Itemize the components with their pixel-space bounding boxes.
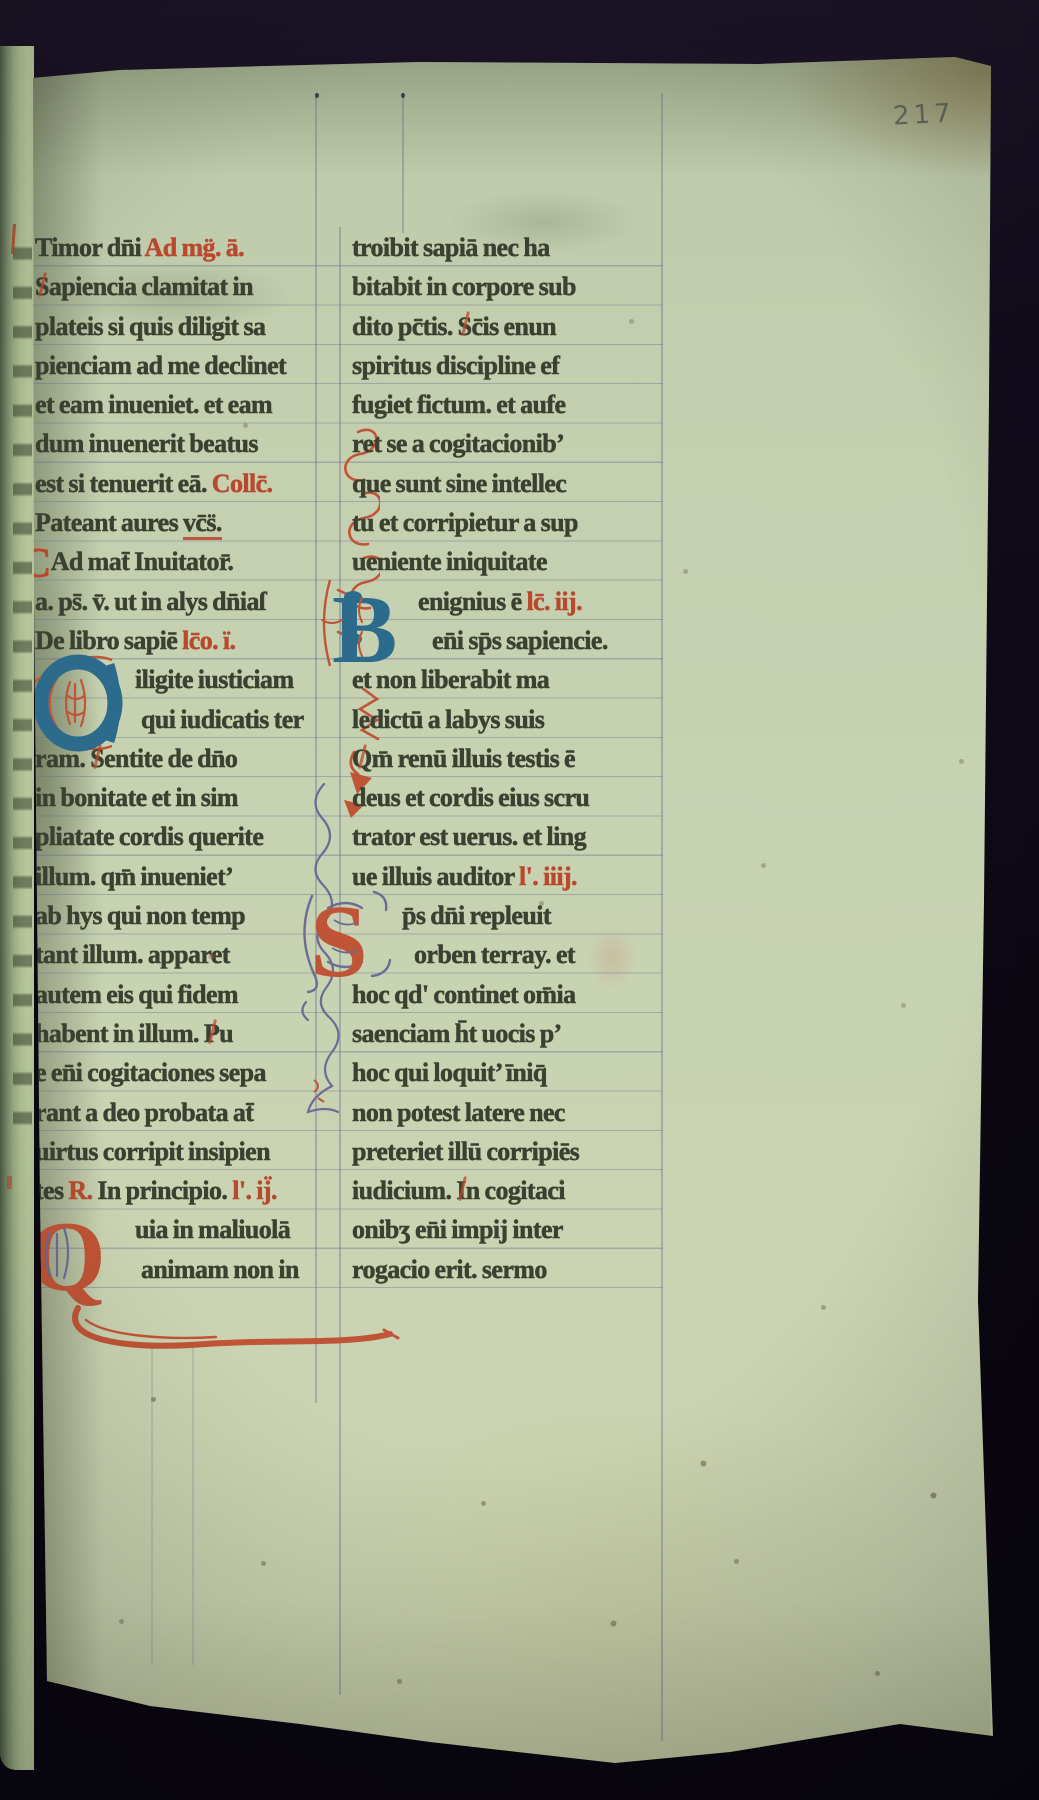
body-text: a. ps̄. v̄. ut in alys dn̄iaſ: [35, 587, 266, 616]
folio-number: 217: [892, 98, 955, 131]
body-text: hoc qd' continet om̄ia: [352, 980, 575, 1009]
body-text: trator est uerus. et ling: [352, 822, 586, 851]
body-text: orben terray. et: [414, 940, 575, 969]
body-text: iudicium.: [352, 1176, 456, 1205]
text-line: est si tenuerit eā. Collc̄.: [35, 464, 315, 503]
body-text: p̄s dn̄i repleuit: [402, 901, 551, 930]
text-line: et eam inueniet. et eam: [35, 385, 315, 424]
body-text: deus et cordis eius scru: [352, 783, 589, 812]
text-line: orben terray. et: [352, 935, 652, 974]
body-text: qui iudicatis ter: [141, 705, 304, 734]
body-text: uia in maliuolā: [135, 1215, 290, 1244]
text-line: non potest latere nec: [352, 1093, 652, 1132]
body-text: apiencia clamitat in: [49, 272, 253, 301]
text-line: ram. Sentite de dn̄o: [35, 739, 315, 778]
body-text: et non liberabit ma: [352, 665, 549, 694]
text-column-right: troibit sapiā nec habitabit in corpore s…: [352, 228, 652, 1289]
body-text: Ad mat̄ Inuitator̄.: [51, 547, 234, 576]
body-text: S: [90, 739, 104, 778]
body-text: ledictū a labys suis: [352, 705, 544, 734]
body-text: plateis si quis diligit sa: [35, 312, 265, 341]
text-line: spiritus discipline ef: [352, 346, 652, 385]
text-line: a. ps̄. v̄. ut in alys dn̄iaſ: [35, 582, 315, 621]
body-text: habent in illum.: [35, 1019, 204, 1048]
text-line: tant illum. apparet: [35, 935, 315, 974]
manuscript-page: 217 B: [0, 0, 1039, 1800]
body-text: fugiet fictum. et aufe: [352, 390, 565, 419]
body-text: pliatate cordis querite: [35, 822, 263, 851]
text-line: autem eis qui fidem: [35, 975, 315, 1014]
body-text: est si tenuerit eā.: [35, 469, 212, 498]
body-text: illum. qm̄ inueniet’: [35, 862, 233, 891]
body-text: autem eis qui fidem: [35, 980, 238, 1009]
text-line: e en̄i cogitaciones sepa: [35, 1053, 315, 1092]
body-text: Pateant aures: [35, 508, 183, 537]
text-line: enignius ē lc̄. iij.: [352, 582, 652, 621]
body-text: dito pc̄tis.: [352, 312, 458, 341]
text-line: Timor dn̄i Ad mg̈. ā.: [35, 228, 315, 267]
body-text: animam non in: [141, 1255, 299, 1284]
text-line: saenciam h̄t uocis p’: [352, 1014, 652, 1053]
body-text: en̄i sp̄s sapiencie.: [432, 626, 608, 655]
text-line: ue illuis auditor l'. iiij.: [352, 857, 652, 896]
text-line: dum inuenerit beatus: [35, 424, 315, 463]
body-text: Q: [352, 739, 372, 778]
pricking-dot: [401, 93, 405, 98]
rubric-text: l'. iiij.: [519, 862, 577, 891]
text-line: que sunt sine intellec: [352, 464, 652, 503]
text-line: trator est uerus. et ling: [352, 817, 652, 856]
body-text: bitabit in corpore sub: [352, 272, 576, 301]
text-line: deus et cordis eius scru: [352, 778, 652, 817]
text-line: et non liberabit ma: [352, 660, 652, 699]
text-line: habent in illum. Pu: [35, 1014, 315, 1053]
rubric-text: R.: [68, 1176, 97, 1205]
body-text: spiritus discipline ef: [352, 351, 559, 380]
text-line: De libro sapiē lc̄o. ï.: [35, 621, 315, 660]
underpage-text-smudges: [13, 228, 32, 1134]
body-text: non potest latere nec: [352, 1098, 565, 1127]
text-column-left: Timor dn̄i Ad mg̈. ā.Sapiencia clamitat …: [35, 228, 315, 1289]
body-text: hoc qui loquit’ īniq̄: [352, 1058, 547, 1087]
body-text: ram.: [35, 744, 90, 773]
text-line: plateis si quis diligit sa: [35, 307, 315, 346]
text-line: troibit sapiā nec ha: [352, 228, 652, 267]
text-line: rogacio erit. sermo: [352, 1250, 652, 1289]
text-line: uirtus corripit insipien: [35, 1132, 315, 1171]
page-bottom-shading: [40, 1600, 990, 1770]
text-line: fugiet fictum. et aufe: [352, 385, 652, 424]
text-line: in bonitate et in sim: [35, 778, 315, 817]
body-text: saenciam h̄t uocis p’: [352, 1019, 562, 1048]
body-text: n cogitaci: [466, 1176, 565, 1205]
text-line: qui iudicatis ter: [35, 700, 315, 739]
body-text: tu et corripietur a sup: [352, 508, 578, 537]
text-line: illum. qm̄ inueniet’: [35, 857, 315, 896]
text-line: rant a deo probata at̄: [35, 1093, 315, 1132]
underpage-red-dot: [7, 1176, 12, 1189]
page-top-shading: [33, 57, 991, 177]
text-line: hoc qd' continet om̄ia: [352, 975, 652, 1014]
margin-rule: [402, 93, 404, 233]
text-line: pliatate cordis querite: [35, 817, 315, 856]
rubric-text: l'. ij̈.: [232, 1176, 277, 1205]
body-text: preteriet illū corripiēs: [352, 1137, 579, 1166]
lower-margin-rule: [151, 1345, 153, 1665]
rubric-text: lc̄. iij.: [526, 587, 582, 616]
body-text: c̄is enun: [472, 312, 557, 341]
body-text: onibʒ en̄i impij inter: [352, 1215, 563, 1244]
text-line: ab hys qui non temp: [35, 896, 315, 935]
pricking-dot: [315, 93, 319, 98]
text-line: dito pc̄tis. Sc̄is enun: [352, 307, 652, 346]
body-text: troibit sapiā nec ha: [352, 233, 550, 262]
text-line: onibʒ en̄i impij inter: [352, 1210, 652, 1249]
text-line: tu et corripietur a sup: [352, 503, 652, 542]
text-line: preteriet illū corripiēs: [352, 1132, 652, 1171]
text-line: Pateant aures vc̄s̈.: [35, 503, 315, 542]
parchment-speckles: [0, 0, 3, 3]
text-line: bitabit in corpore sub: [352, 267, 652, 306]
body-text: S: [35, 267, 49, 306]
column-rule: [661, 93, 663, 1741]
body-text: e en̄i cogitaciones sepa: [35, 1058, 266, 1087]
body-text: ret se a cogitacionib’: [352, 429, 564, 458]
text-line: p̄s dn̄i repleuit: [352, 896, 652, 935]
text-line: animam non in: [35, 1250, 315, 1289]
body-text: pienciam ad me declinet: [35, 351, 286, 380]
body-text: u: [219, 1019, 233, 1048]
body-text: entite de dn̄o: [104, 744, 237, 773]
text-line: iligite iusticiam: [35, 660, 315, 699]
body-text: P: [204, 1014, 219, 1053]
body-text: ueniente iniquitate: [352, 547, 547, 576]
body-text: uirtus corripit insipien: [35, 1137, 270, 1166]
body-text: rant a deo probata at̄: [35, 1098, 253, 1127]
body-text: vc̄s̈.: [183, 508, 222, 540]
body-text: dum inuenerit beatus: [35, 429, 258, 458]
text-line: hoc qui loquit’ īniq̄: [352, 1053, 652, 1092]
lower-margin-rule: [192, 1345, 194, 1665]
rubric-text: Collc̄.: [212, 469, 273, 498]
body-text: De libro sapiē: [35, 626, 182, 655]
rubric-text: lc̄o. ï.: [182, 626, 235, 655]
text-line: tes R. In principio. l'. ij̈.: [35, 1171, 315, 1210]
text-line: uia in maliuolā: [35, 1210, 315, 1249]
body-text: tes: [35, 1176, 68, 1205]
body-text: rogacio erit. sermo: [352, 1255, 547, 1284]
body-text: Timor dn̄i: [35, 233, 145, 262]
text-line: en̄i sp̄s sapiencie.: [352, 621, 652, 660]
text-line: ret se a cogitacionib’: [352, 424, 652, 463]
text-line: ueniente iniquitate: [352, 542, 652, 581]
rubric-text: Ad mg̈. ā.: [145, 233, 245, 262]
text-line: Qm̄ renū illuis testis ē: [352, 739, 652, 778]
text-line: ledictū a labys suis: [352, 700, 652, 739]
text-line: pienciam ad me declinet: [35, 346, 315, 385]
text-line: CAd mat̄ Inuitator̄.: [35, 542, 315, 581]
body-text: ue illuis auditor: [352, 862, 519, 891]
body-text: enignius ē: [418, 587, 526, 616]
body-text: m̄ renū illuis testis ē: [372, 744, 575, 773]
body-text: In principio.: [97, 1176, 232, 1205]
text-line: Sapiencia clamitat in: [35, 267, 315, 306]
stacked-page-edges: [0, 46, 34, 1770]
body-text: iligite iusticiam: [135, 665, 294, 694]
body-text: ab hys qui non temp: [35, 901, 245, 930]
body-text: I: [456, 1171, 466, 1210]
body-text: in bonitate et in sim: [35, 783, 238, 812]
body-text: tant illum. apparet: [35, 940, 230, 969]
text-line: iudicium. In cogitaci: [352, 1171, 652, 1210]
body-text: que sunt sine intellec: [352, 469, 566, 498]
body-text: et eam inueniet. et eam: [35, 390, 272, 419]
body-text: S: [458, 307, 472, 346]
